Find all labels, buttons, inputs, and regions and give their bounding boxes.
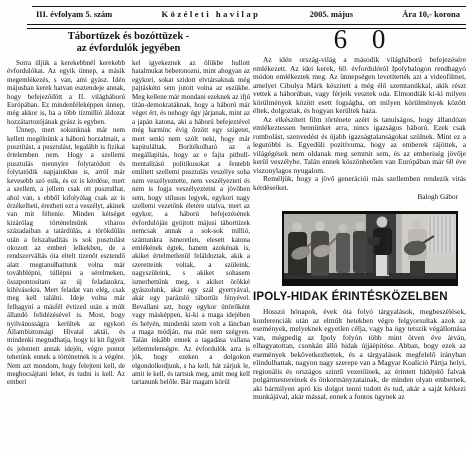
bridge-article-paragraph-1: Hosszú hónapok, évek óta folyó tárgyalás… [253,308,466,402]
lead-paragraph-1: Sorra üljük a kerekebbnél kerekebb évfor… [7,59,125,126]
lead-article-title: Tábortüzek és bozóttüzek - az évfordulók… [7,31,250,54]
lead-article-columns: Sorra üljük a kerekebbnél kerekebb évfor… [7,59,250,418]
issue-price: Ára 10,- korona [402,9,460,19]
lead-article: Tábortüzek és bozóttüzek - az évfordulók… [7,31,250,418]
anniversary-headline-60: 6 0 [262,24,466,54]
issue-number: III. évfolyam 5. szám [36,9,112,19]
masthead: III. évfolyam 5. szám Közéleti havilap 2… [36,9,460,19]
lead-title-line2: az évfordulók jegyében [77,43,181,54]
lead-paragraph-2: Ünnep, mert sokunknak már nem kellett me… [7,126,125,387]
lead-article-column-2: kel igyekeznek az ölükbe hullott hatalmu… [132,59,250,418]
publication-type: Közéleti havilap [162,9,261,19]
right-column: 6 0 Az idén ország-világ a második világ… [253,24,466,450]
lead-article-column-1: Sorra üljük a kerekebbnél kerekebb évfor… [7,59,125,418]
photo-stage-floor [284,273,456,279]
lead-title-line1: Tábortüzek és bozóttüzek - [68,31,190,42]
anniversary-paragraph-1: Az idén ország-világ a második világhábo… [253,56,466,116]
bridge-article-headline: IPOLY-HIDAK ÉRINTÉSKÖZELBEN [253,291,466,304]
anniversary-paragraph-2: Az elkészített film története azért is t… [253,116,466,176]
newspaper-page: III. évfolyam 5. szám Közéleti havilap 2… [0,0,466,450]
stage-performance-photo [282,211,458,286]
byline-author: Balogh Gábor [253,193,466,202]
lead-paragraph-continuation: kel igyekeznek az ölükbe hullott hatalmu… [132,59,250,387]
issue-date: 2005. május [310,9,353,19]
masthead-top-rule [32,6,466,7]
anniversary-paragraph-3: Reméljük, hogy a jövő generációi más sze… [253,175,466,192]
